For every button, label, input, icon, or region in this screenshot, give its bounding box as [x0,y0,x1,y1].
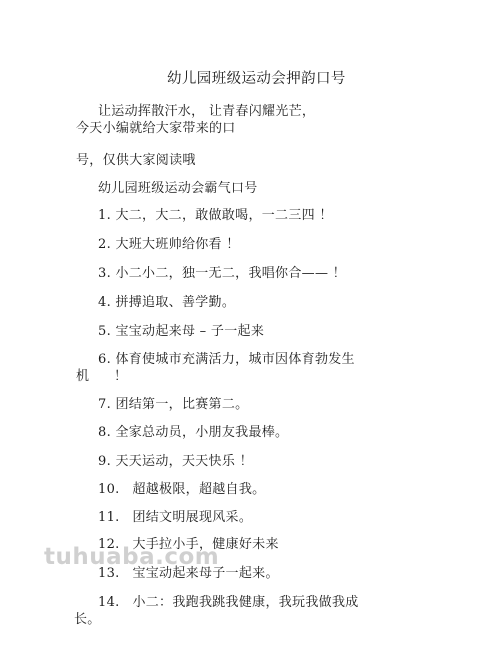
slogan-text: 团结文明展现风采。 [132,510,252,525]
intro-line-2: 今天小编就给大家带来的口 [76,121,236,137]
slogan-number: 1. [98,208,111,224]
slogan-number: 14. [98,595,128,611]
watermark: tuhuaba.com [44,545,219,569]
document-page: 幼儿园班级运动会押韵口号 让运动挥散汗水， 让青春闪耀光芒， 今天小编就给大家带… [0,0,500,648]
slogan-item-2: 2. 大班大班帅给你看 ！ [98,237,240,253]
slogan-item-10: 10. 超越极限，超越自我。 [98,482,265,498]
slogan-item-14-continuation: 长。 [74,612,101,628]
slogan-text: 天天运动，天天快乐 ！ [115,454,252,469]
slogan-number: 3. [98,266,111,282]
slogan-number: 5. [98,324,111,340]
slogan-item-7: 7. 团结第一，比赛第二。 [98,397,248,413]
slogan-text: 大二，大二，敢做敢喝，一二三四 ！ [115,208,332,223]
intro-line-3: 号，仅供大家阅读哦 [76,153,196,169]
slogan-item-5: 5. 宝宝动起来母 – 子一起来 [98,324,264,340]
slogan-text: 全家总动员，小朋友我最棒。 [115,425,288,440]
slogan-number: 11. [98,510,128,526]
slogan-text: 小二：我跑我跳我健康，我玩我做我成 [132,595,358,610]
slogan-item-4: 4. 拼搏追取、善学勤。 [98,295,235,311]
slogan-text: 宝宝动起来母 – 子一起来 [115,324,264,339]
slogan-text: 拼搏追取、善学勤。 [115,295,235,310]
slogan-item-6: 6. 体育使城市充满活力，城市因体育勃发生 [98,352,355,368]
slogan-item-1: 1. 大二，大二，敢做敢喝，一二三四 ！ [98,208,333,224]
slogan-text: 团结第一，比赛第二。 [115,397,248,412]
slogan-text: 小二小二，独一无二，我唱你合—— ！ [115,266,346,281]
slogan-item-14: 14. 小二：我跑我跳我健康，我玩我做我成 [98,595,359,611]
slogan-item-6-continuation-prefix: 机 [76,369,89,385]
document-title: 幼儿园班级运动会押韵口号 [167,70,346,88]
slogan-number: 7. [98,397,111,413]
slogan-item-6-continuation-text: ！ [114,369,127,385]
slogan-text: 超越极限，超越自我。 [132,482,265,497]
slogan-item-3: 3. 小二小二，独一无二，我唱你合—— ！ [98,266,346,282]
slogan-text: 体育使城市充满活力，城市因体育勃发生 [115,352,354,367]
slogan-item-8: 8. 全家总动员，小朋友我最棒。 [98,425,288,441]
slogan-number: 8. [98,425,111,441]
intro-line-1: 让运动挥散汗水， 让青春闪耀光芒， [98,104,315,120]
slogan-text: 大班大班帅给你看 ！ [115,237,239,252]
slogan-item-9: 9. 天天运动，天天快乐 ！ [98,454,253,470]
slogan-item-11: 11. 团结文明展现风采。 [98,510,252,526]
slogan-number: 10. [98,482,128,498]
section-heading: 幼儿园班级运动会霸气口号 [98,181,258,197]
slogan-number: 2. [98,237,111,253]
slogan-number: 6. [98,352,111,368]
slogan-number: 9. [98,454,111,470]
slogan-number: 4. [98,295,111,311]
